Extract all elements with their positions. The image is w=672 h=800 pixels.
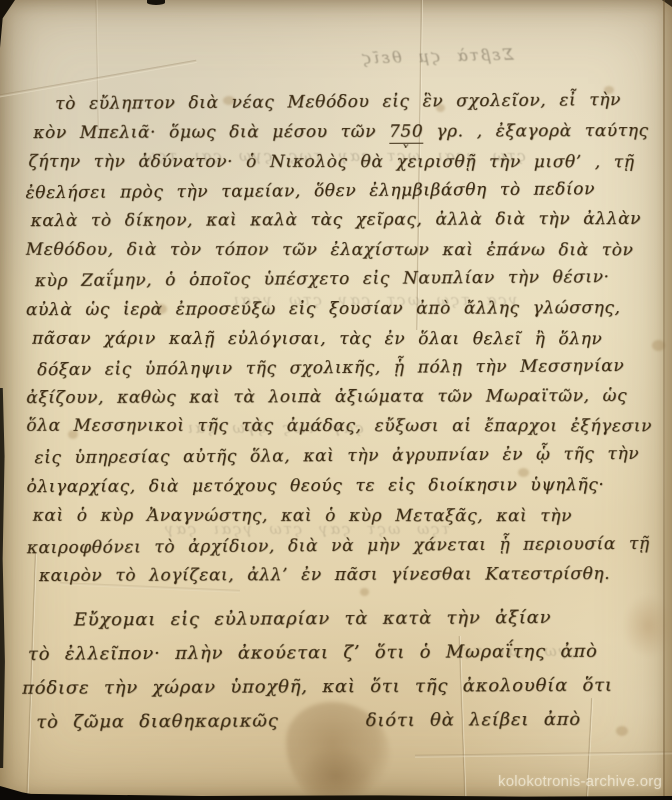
handwritten-line: δόξαν εἰς ὑπόληψιν τῆς σχολικῆς, ᾗ πόλῃ …: [37, 352, 652, 385]
handwritten-line: ὀλιγαρχίας, διὰ μετόχους θεούς τε εἰς δι…: [26, 471, 652, 503]
handwriting-paragraph-1: τὸ εὔληπτον διὰ νέας Μεθόδου εἰς ἓν σχολ…: [25, 87, 653, 591]
paper-edge-shadow-left: [0, 388, 7, 768]
bleedthrough-header: Σεβτὰ ϛμ θεῖϛ: [336, 45, 514, 69]
handwritten-line: καιροφθόνει τὸ ἀρχίδιον, διὰ νὰ μὴν χάνε…: [27, 529, 653, 563]
handwritten-line: κὺρ Ζαΐμην, ὁ ὁποῖος ὑπέσχετο εἰς Ναυπλί…: [35, 263, 652, 297]
handwritten-line: Εὔχομαι εἰς εὐλυπαρίαν τὰ κατὰ τὴν ἀξίαν…: [22, 600, 656, 637]
handwritten-line: ἀξίζουν, καθὼς καὶ τὰ λοιπὰ ἀξιώματα τῶν…: [26, 382, 652, 413]
handwritten-line: εἰς ὑπηρεσίας αὐτῆς ὅλα, καὶ τὴν ἀγρυπνί…: [34, 439, 652, 473]
watermark-text: kolokotronis-archive.org: [498, 773, 672, 790]
handwritten-line: τὸ ζῶμα διαθηκαρικῶς διότι θὰ λείβει ἀπὸ…: [36, 702, 656, 739]
black-corner-top-left: [0, 0, 15, 48]
handwritten-line: ἐθελήσει πρὸς τὴν ταμείαν, ὅθεν ἐλημβιβά…: [25, 175, 651, 209]
scanned-letter-photo: { "scan": { "description": "Scanned page…: [0, 0, 672, 800]
amount-unit: γρ.: [423, 122, 463, 142]
stain: [300, 748, 372, 800]
amount-line-pre: κὸν Μπελιᾶ· ὅμως διὰ μέσου τῶν: [33, 122, 389, 143]
handwritten-line: τὸ ἐλλεῖπον· πλὴν ἀκούεται ζ’ ὅτι ὁ Μωρα…: [28, 634, 656, 671]
amount-underline-mark: x: [403, 133, 409, 149]
handwritten-line: πᾶσαν χάριν καλῇ εὐλόγισαι, τὰς ἐν ὅλαι …: [32, 325, 652, 355]
handwritten-line: καιρὸν τὸ λογίζεαι, ἀλλ’ ἐν πᾶσι γίνεσθα…: [39, 560, 653, 591]
handwritten-line: καὶ ὁ κὺρ Ἀναγνώστης, καὶ ὁ κὺρ Μεταξᾶς,…: [33, 501, 653, 532]
underlined-amount: 750x: [389, 118, 423, 147]
handwritten-line: αὐλὰ ὡς ἱερὰ ἐπροσεύξω εἰς ξουσίαν ἀπὸ ἄ…: [26, 294, 652, 326]
handwritten-line: πόδισε τὴν χώραν ὑποχθῆ, καὶ ὅτι τῆς ἀκο…: [22, 668, 656, 705]
deckled-bottom-edge: [0, 791, 672, 800]
handwritten-line-with-amount: κὸν Μπελιᾶ· ὅμως διὰ μέσου τῶν 750x γρ. …: [33, 117, 651, 149]
handwritten-line: ὅλα Μεσσηνικοὶ τῆς τὰς ἀμάδας, εὔξωσι αἱ…: [26, 412, 652, 442]
handwritten-line: τὸ εὔληπτον διὰ νέας Μεθόδου εἰς ἓν σχολ…: [55, 86, 651, 120]
handwritten-line: Μεθόδου, διὰ τὸν τόπον τῶν ἐλαχίστων καὶ…: [26, 235, 652, 265]
handwritten-line: ζήτην τὴν ἀδύνατον· ὁ Νικολὸς θὰ χειρισθ…: [28, 148, 651, 178]
paper-edge-band-right: [665, 0, 672, 800]
handwriting-paragraph-2: Εὔχομαι εἰς εὐλυπαρίαν τὰ κατὰ τὴν ἀξίαν…: [22, 600, 657, 739]
black-corner-bottom-left: [0, 786, 40, 800]
aged-paper-page: Σεβτὰ ϛμ θεῖϛ ςτω γςαι ωςτ ςαγ τως ςγω ς…: [0, 0, 672, 800]
handwritten-line: καλὰ τὸ δίκηον, καὶ καλὰ τὰς χεῖρας, ἀλλ…: [31, 205, 652, 236]
paper-crease: [415, 751, 672, 758]
paper-edge-notch: [147, 0, 165, 5]
